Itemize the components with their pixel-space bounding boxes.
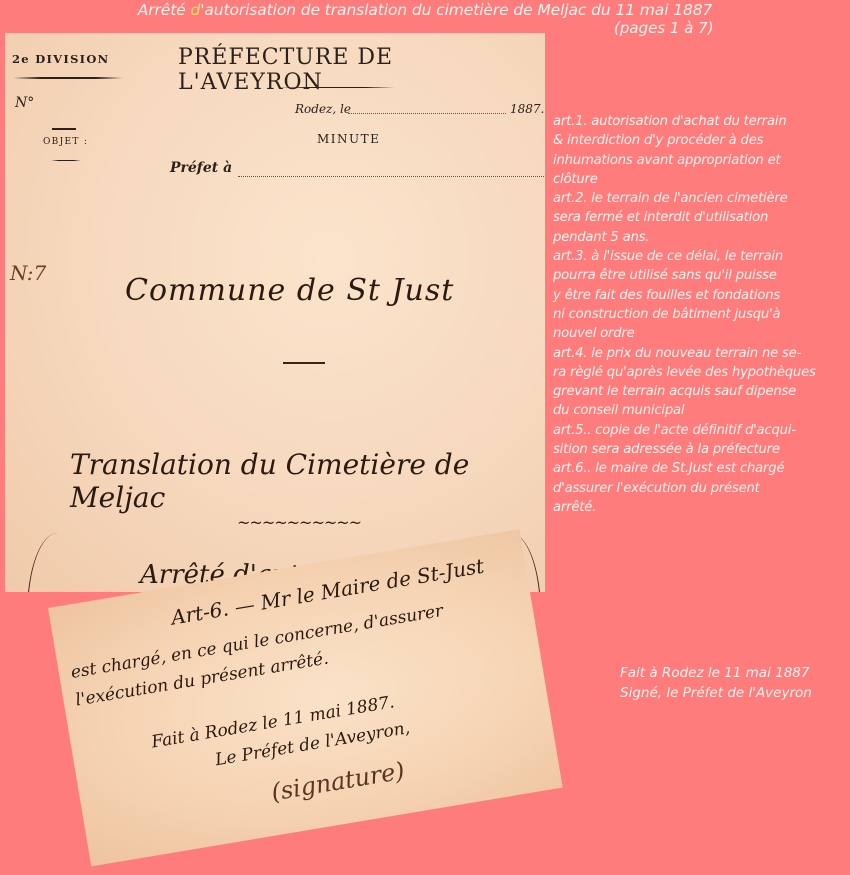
- title-highlight: d: [190, 1, 200, 19]
- wave-ornament: ~~~~~~~~~~: [237, 513, 361, 532]
- footer-line-1: Fait à Rodez le 11 mai 1887: [620, 663, 812, 683]
- article-line: art.5.. copie de l'acte définitif d'acqu…: [553, 421, 850, 440]
- division-label: 2e DIVISION: [12, 52, 110, 66]
- article-line: sition sera adressée à la préfecture: [553, 440, 850, 459]
- date-line: [348, 113, 506, 114]
- number-label: N°: [15, 95, 34, 111]
- ornament-rule: [51, 160, 81, 161]
- ornament-rule: [277, 87, 395, 88]
- article-line: sera fermé et interdit d'utilisation: [553, 208, 850, 227]
- article-line: art.2. le terrain de l'ancien cimetière: [553, 189, 850, 208]
- page-title: Arrêté d'autorisation de translation du …: [0, 1, 850, 19]
- article-line: y être fait des fouilles et fondations: [553, 286, 850, 305]
- article-line: nouvel ordre: [553, 324, 850, 343]
- commune-handwriting: Commune de St Just: [125, 273, 454, 308]
- prefet-label: Préfet à: [170, 160, 232, 176]
- year-label: 1887.: [510, 102, 544, 116]
- article-line: inhumations avant appropriation et: [553, 151, 850, 170]
- article-line: pendant 5 ans.: [553, 228, 850, 247]
- article-line: clôture: [553, 170, 850, 189]
- article-line: ra règlé qu'après levée des hypothèques: [553, 363, 850, 382]
- place-label: Rodez, le: [295, 102, 351, 116]
- title-prefix: Arrêté: [138, 1, 191, 19]
- document-scan-page-1: 2e DIVISION N° OBJET : PRÉFECTURE DE L'A…: [5, 33, 545, 592]
- margin-note: N:7: [10, 261, 46, 285]
- signature-caption: Fait à Rodez le 11 mai 1887 Signé, le Pr…: [620, 663, 812, 703]
- title-rest: 'autorisation de translation du cimetièr…: [200, 1, 712, 19]
- articles-summary: art.1. autorisation d'achat du terrain &…: [553, 112, 850, 517]
- ornament-rule: [13, 77, 123, 79]
- article-line: arrêté.: [553, 498, 850, 517]
- article-line: pourra être utilisé sans qu'il puisse: [553, 266, 850, 285]
- article-line: ni construction de bâtiment jusqu'à: [553, 305, 850, 324]
- minute-label: MINUTE: [317, 132, 380, 146]
- article-line: d'assurer l'exécution du présent: [553, 479, 850, 498]
- page-subtitle: (pages 1 à 7): [614, 19, 714, 37]
- translation-handwriting: Translation du Cimetière de Meljac: [70, 448, 545, 514]
- prefet-line: [238, 176, 545, 177]
- article-line: art.1. autorisation d'achat du terrain: [553, 112, 850, 131]
- divider: [52, 128, 76, 130]
- article-line: du conseil municipal: [553, 401, 850, 420]
- article-line: art.4. le prix du nouveau terrain ne se-: [553, 344, 850, 363]
- article-line: art.6.. le maire de St.Just est chargé: [553, 459, 850, 478]
- article-line: & interdiction d'y procéder à des: [553, 131, 850, 150]
- footer-line-2: Signé, le Préfet de l'Aveyron: [620, 683, 812, 703]
- article-line: art.3. à l'issue de ce délai, le terrain: [553, 247, 850, 266]
- signature: (signature): [269, 757, 406, 807]
- divider: [283, 362, 325, 364]
- article-line: grevant le terrain acquis sauf dipense: [553, 382, 850, 401]
- bracket-left: [27, 533, 88, 592]
- objet-label: OBJET :: [43, 137, 88, 147]
